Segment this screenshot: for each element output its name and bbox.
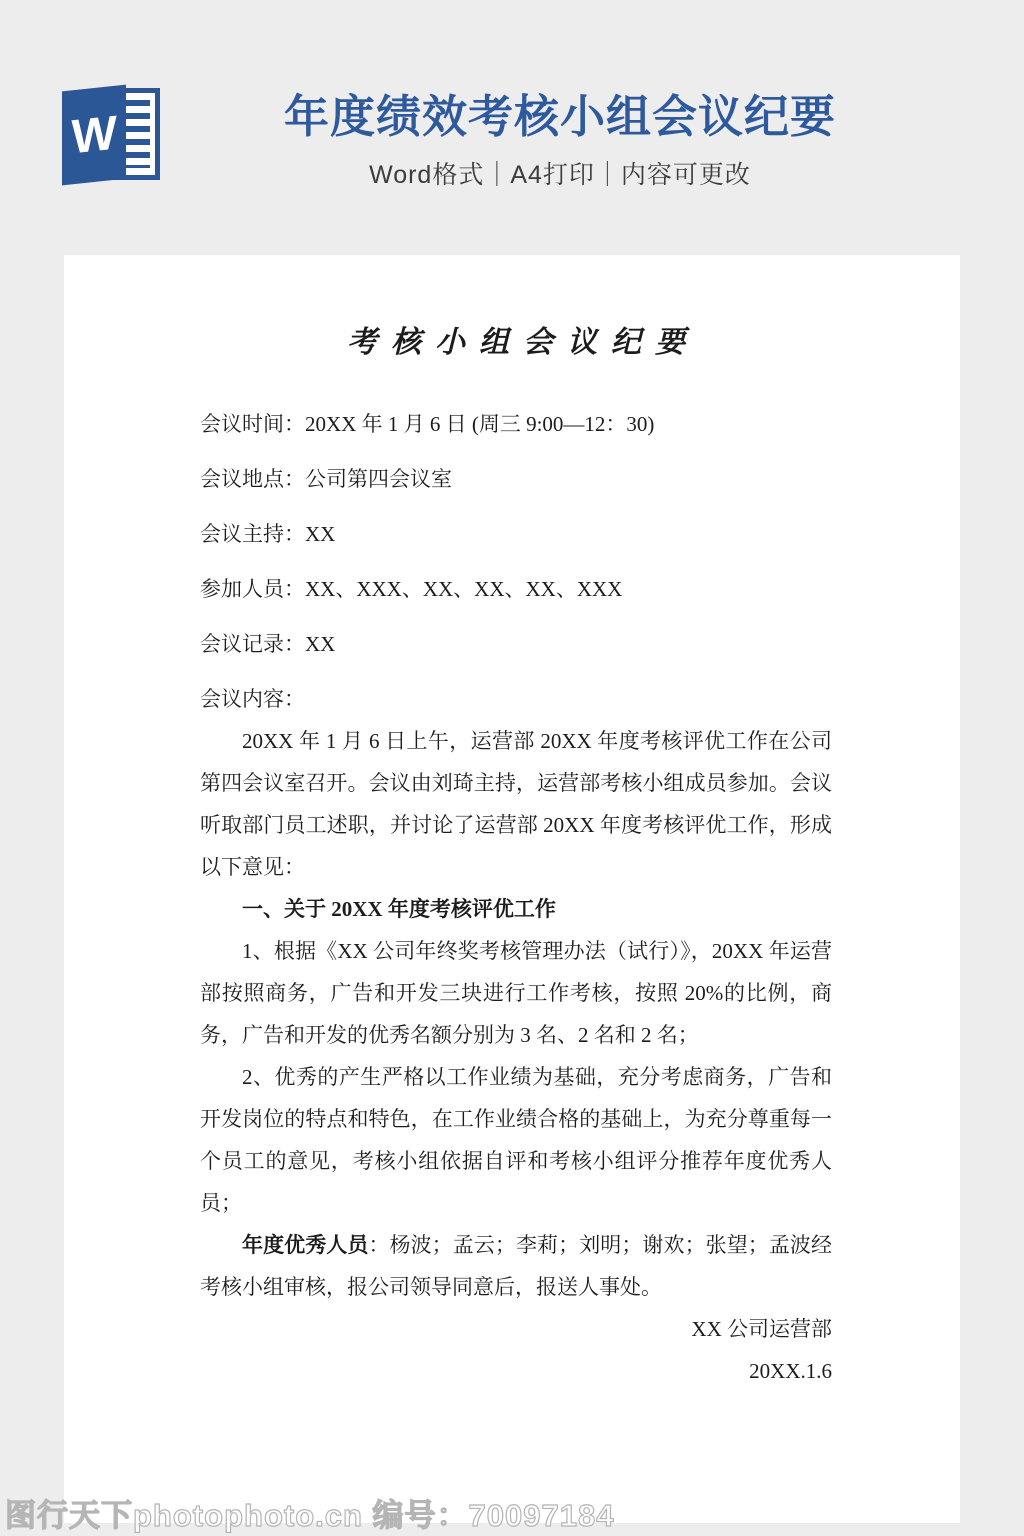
- item-2-paragraph: 2、优秀的产生严格以工作业绩为基础，充分考虑商务，广告和开发岗位的特点和特色，在…: [200, 1056, 832, 1224]
- site-watermark: 图行天下photophoto.cn 编号：70097184: [5, 1490, 1019, 1535]
- date-line: 20XX.1.6: [200, 1350, 832, 1392]
- template-title: 年度绩效考核小组会议纪要: [130, 92, 990, 142]
- template-subtitle: Word格式｜A4打印｜内容可更改: [130, 155, 990, 191]
- meeting-place-line: 会议地点：公司第四会议室: [200, 458, 832, 500]
- winners-label: 年度优秀人员: [242, 1233, 368, 1257]
- word-logo-w-block: W: [62, 85, 126, 186]
- template-header: W 年度绩效考核小组会议纪要 Word格式｜A4打印｜内容可更改: [0, 0, 1024, 255]
- header-text-block: 年度绩效考核小组会议纪要 Word格式｜A4打印｜内容可更改: [130, 92, 990, 191]
- document-page: 考核小组会议纪要 会议时间：20XX 年 1 月 6 日 (周三 9:00—12…: [64, 255, 960, 1523]
- item-1-paragraph: 1、根据《XX 公司年终奖考核管理办法（试行）》，20XX 年运营部按照商务，广…: [200, 930, 832, 1056]
- document-title: 考核小组会议纪要: [200, 317, 832, 361]
- meeting-time-line: 会议时间：20XX 年 1 月 6 日 (周三 9:00—12：30): [200, 403, 832, 445]
- meeting-body: 会议内容： 20XX 年 1 月 6 日上午，运营部 20XX 年度考核评优工作…: [200, 678, 832, 1392]
- meeting-host-line: 会议主持：XX: [200, 513, 832, 555]
- document-content: 考核小组会议纪要 会议时间：20XX 年 1 月 6 日 (周三 9:00—12…: [64, 255, 960, 1392]
- section-heading: 一、关于 20XX 年度考核评优工作: [200, 888, 832, 930]
- signature-line: XX 公司运营部: [200, 1308, 832, 1350]
- meeting-attendees-line: 参加人员：XX、XXX、XX、XX、XX、XXX: [200, 568, 832, 610]
- opening-paragraph: 20XX 年 1 月 6 日上午，运营部 20XX 年度考核评优工作在公司第四会…: [200, 720, 832, 888]
- meeting-content-label: 会议内容：: [200, 678, 832, 720]
- winners-paragraph: 年度优秀人员：杨波；孟云；李莉；刘明；谢欢；张望；孟波经考核小组审核，报公司领导…: [200, 1224, 832, 1308]
- meeting-recorder-line: 会议记录：XX: [200, 623, 832, 665]
